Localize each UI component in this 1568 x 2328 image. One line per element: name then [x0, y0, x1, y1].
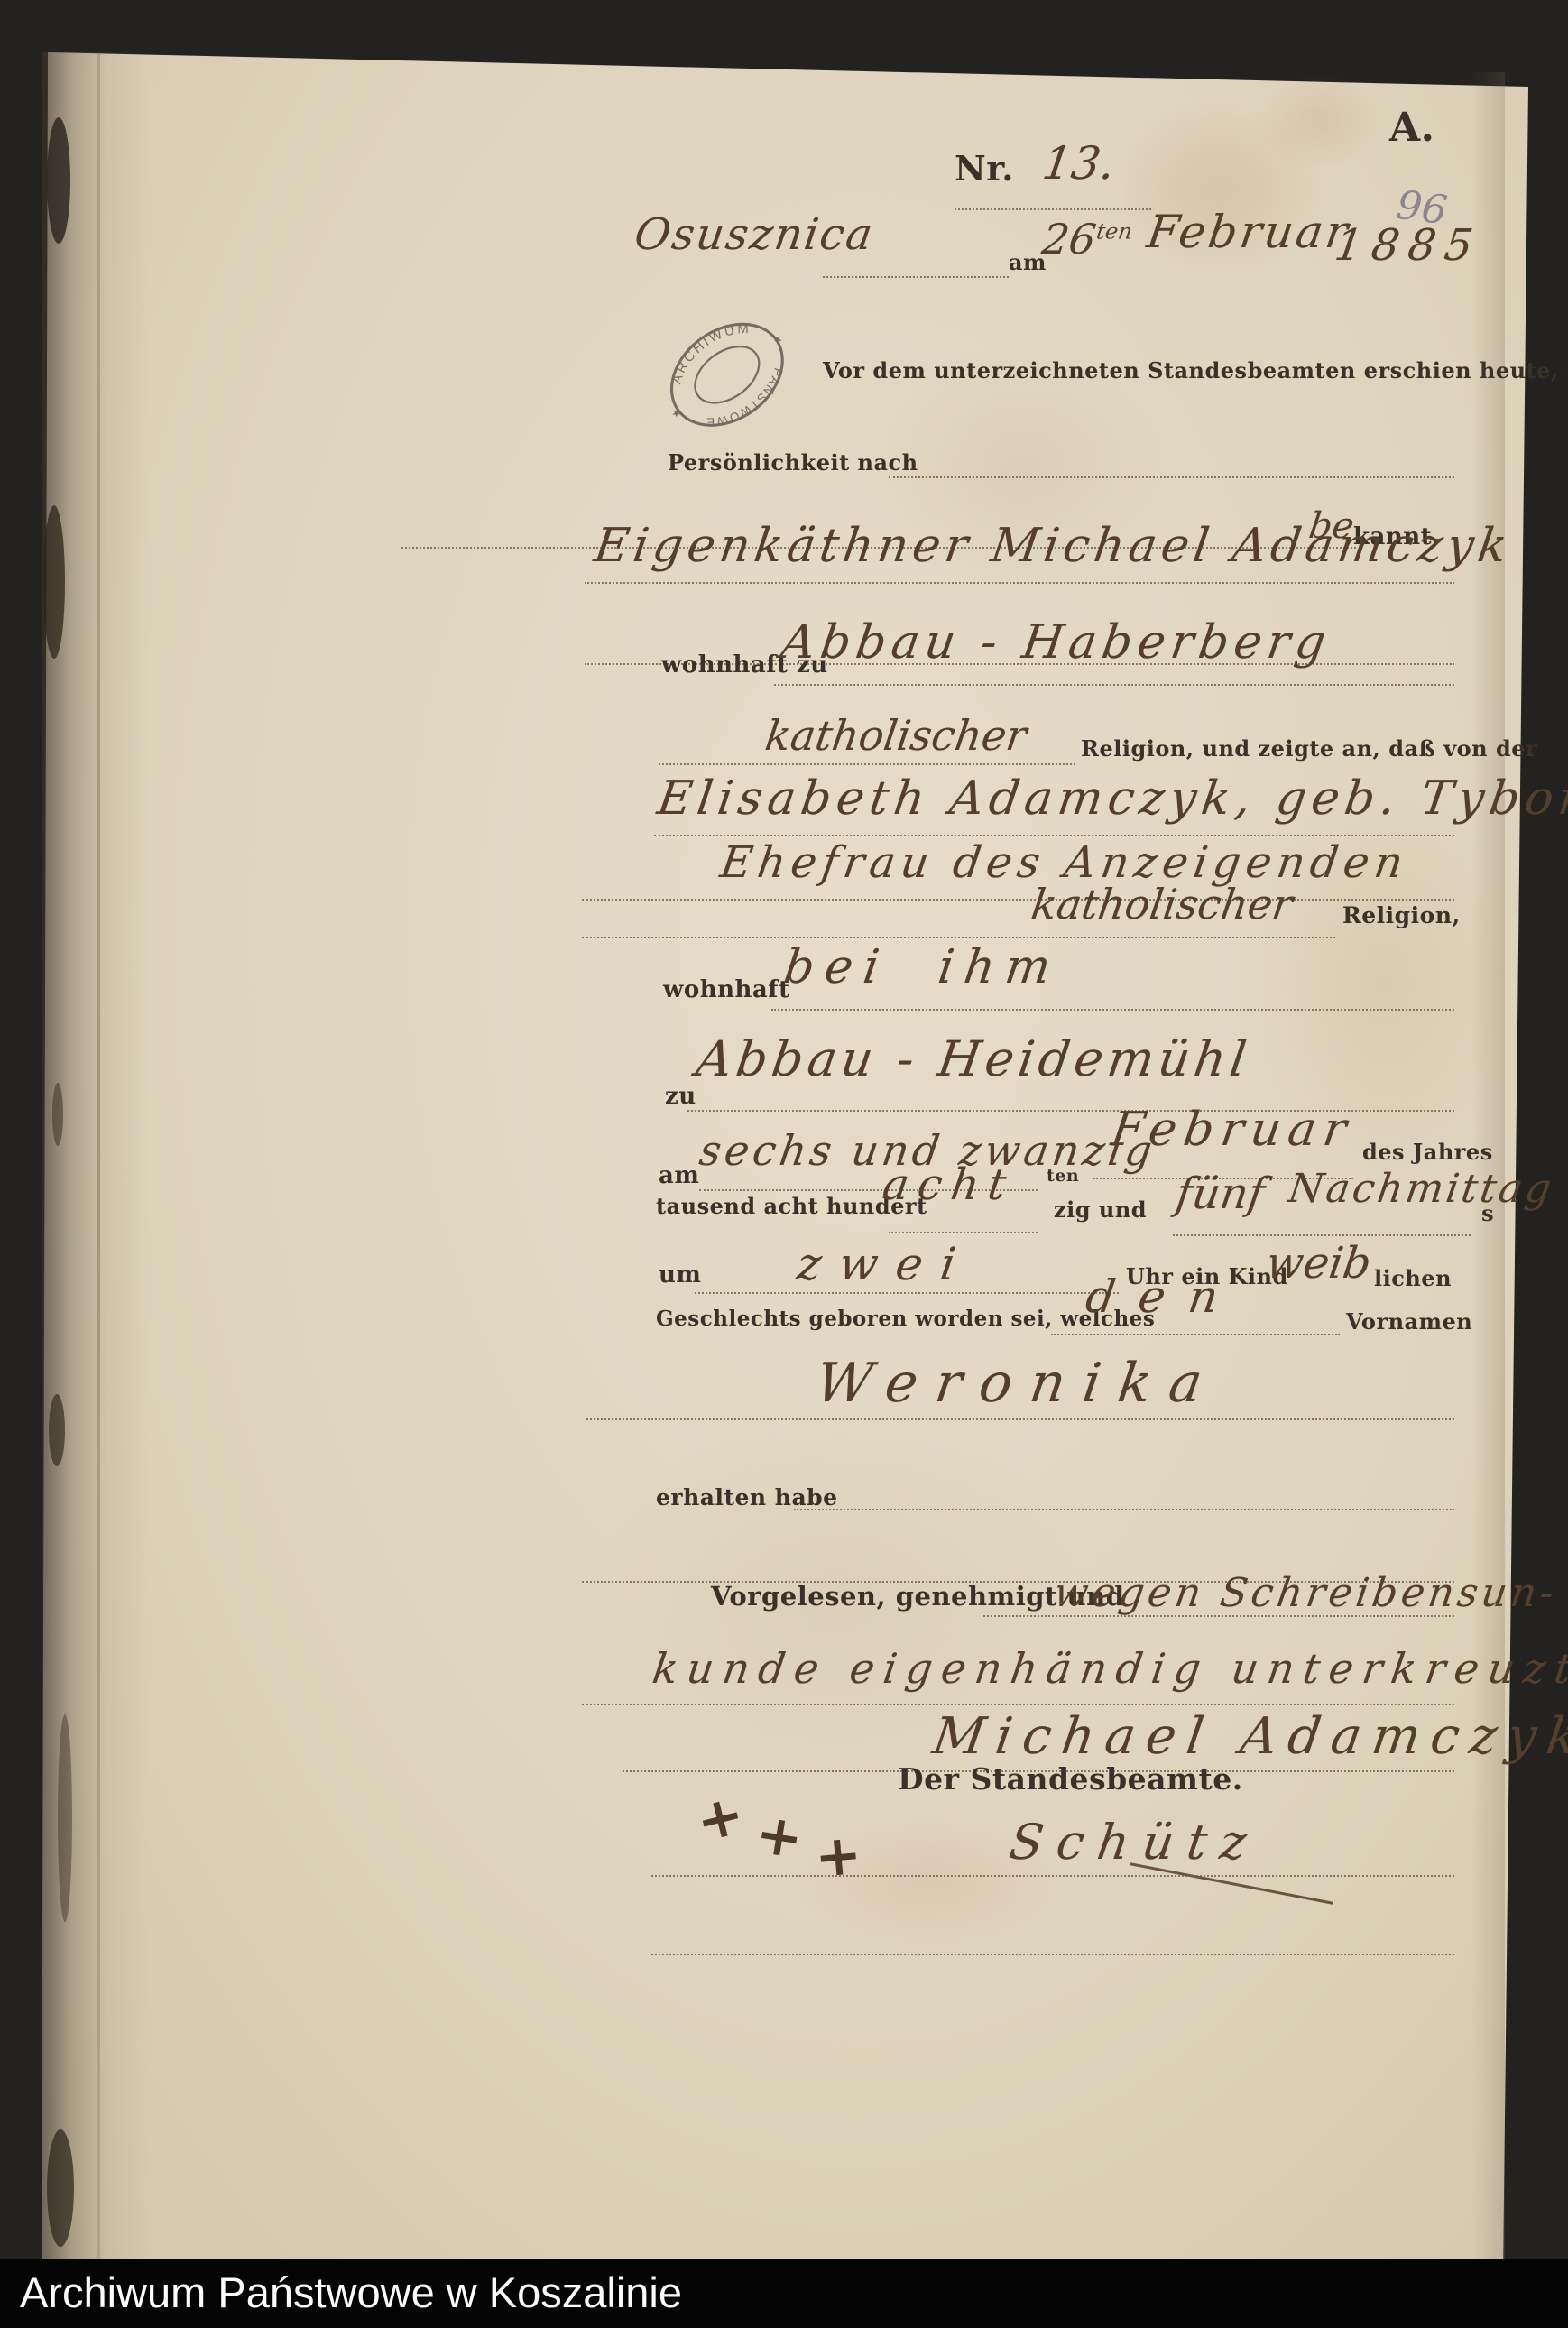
religion2-print: Religion, — [1342, 902, 1461, 928]
residence-rule — [774, 684, 1454, 686]
residence2-rule — [771, 1009, 1454, 1011]
closing-rule-2 — [582, 1704, 1454, 1705]
record-number-value: 13. — [1039, 137, 1119, 189]
child-name-entry: Weronika — [812, 1352, 1224, 1415]
time-of-day-entry: Nachmittag — [1286, 1166, 1556, 1212]
hour-rule — [695, 1292, 1119, 1294]
sex-hand-entry: weib — [1263, 1238, 1374, 1289]
closing-rule-1 — [983, 1615, 1454, 1617]
sex-line-print: Geschlechts geboren worden sei, welches — [656, 1307, 1155, 1331]
bottom-rule-2 — [651, 1954, 1454, 1955]
place-entry: Osusznica — [632, 209, 877, 260]
residence-entry: Abbau - Haberberg — [778, 615, 1334, 670]
declarant-entry: Eigenkäthner Michael Adamczyk — [591, 519, 1515, 573]
religion1-rule — [659, 763, 1075, 765]
stamp-star-left-icon: ★ — [669, 405, 684, 420]
vornamen-print: Vornamen — [1346, 1308, 1472, 1335]
date-day-suffix: ten — [1095, 219, 1134, 245]
article-rule — [1051, 1334, 1340, 1335]
religion1-print: Religion, und zeigte an, daß von der — [1081, 735, 1537, 762]
received-label: erhalten habe — [656, 1484, 838, 1510]
mother-entry: Elisabeth Adamczyk, geb. Tyborra — [654, 771, 1568, 826]
residence2-entry: bei ihm — [780, 940, 1065, 994]
birthdate-am-label: am — [659, 1162, 699, 1189]
identity-label: Persönlichkeit nach — [668, 449, 918, 476]
binding-spot — [49, 1394, 65, 1466]
date-day: 26 — [1039, 215, 1099, 263]
registrar-label: Der Standesbeamte. — [898, 1761, 1243, 1797]
page-crease — [97, 54, 100, 2263]
birthdate-suffix: ten — [1047, 1166, 1079, 1186]
residence2-label: wohnhaft — [663, 976, 789, 1003]
year-rule-1 — [889, 1232, 1038, 1233]
hour-label: um — [659, 1261, 701, 1289]
birthplace-entry: Abbau - Heidemühl — [693, 1030, 1254, 1087]
date-month-entry: Februar — [1144, 206, 1354, 258]
time-print-s: s — [1481, 1200, 1494, 1226]
mother-rule — [654, 835, 1454, 836]
record-number-rule — [955, 208, 1151, 210]
year-print-2: zig und — [1054, 1196, 1147, 1223]
binding-spot — [58, 1714, 72, 1922]
hour-entry: zwei — [794, 1238, 977, 1290]
closing-hand-1: wegen Schreibensun- — [1051, 1570, 1560, 1616]
child-name-rule — [586, 1418, 1454, 1420]
form-line-appeared: Vor dem unterzeichneten Standesbeamten e… — [823, 357, 1568, 383]
religion2-rule — [582, 937, 1335, 938]
binding-spot — [52, 1083, 63, 1146]
date-day-entry: 26ten — [1039, 215, 1134, 263]
article-entry: den — [1083, 1270, 1245, 1323]
binding-spot — [47, 117, 70, 244]
birthdate-month-entry: Februar — [1108, 1103, 1357, 1157]
binding-spot — [43, 505, 65, 659]
cross-mark-3: + — [812, 1821, 864, 1890]
place-rule — [823, 276, 1009, 278]
scanned-register-page: A. Nr. 13. 96 Osusznica am 26ten Februar… — [0, 0, 1568, 2328]
received-rule — [794, 1509, 1454, 1510]
religion1-entry: katholischer — [762, 711, 1029, 760]
sex-print: lichen — [1374, 1265, 1452, 1291]
corner-letter: A. — [1389, 105, 1434, 151]
declarant-signature: Michael Adamczyk — [929, 1707, 1568, 1766]
binding-spot — [47, 2129, 74, 2247]
archive-name: Archiwum Państwowe w Koszalinie — [20, 2259, 682, 2326]
mother-relation-rule — [582, 899, 1454, 901]
date-year-entry: 1885 — [1332, 220, 1485, 271]
year-hand-2: fünf — [1173, 1169, 1268, 1219]
closing-hand-2: kunde eigenhändig unterkreuzt — [650, 1644, 1568, 1693]
archive-footer-bar: Archiwum Państwowe w Koszalinie — [0, 2259, 1568, 2328]
book-gutter-shadow — [42, 52, 150, 2265]
identity-rule — [889, 476, 1454, 478]
religion2-entry: katholischer — [1028, 880, 1296, 928]
year-hand-1: acht — [880, 1159, 1019, 1210]
birthdate-year-label: des Jahres — [1362, 1139, 1493, 1165]
birthplace-label: zu — [665, 1083, 696, 1110]
bottom-rule-1 — [651, 1875, 1454, 1877]
year-rule-2 — [1173, 1234, 1471, 1236]
declarant-rule — [585, 582, 1454, 584]
registrar-signature: Schütz — [1006, 1814, 1264, 1871]
record-number-label: Nr. — [955, 148, 1014, 189]
